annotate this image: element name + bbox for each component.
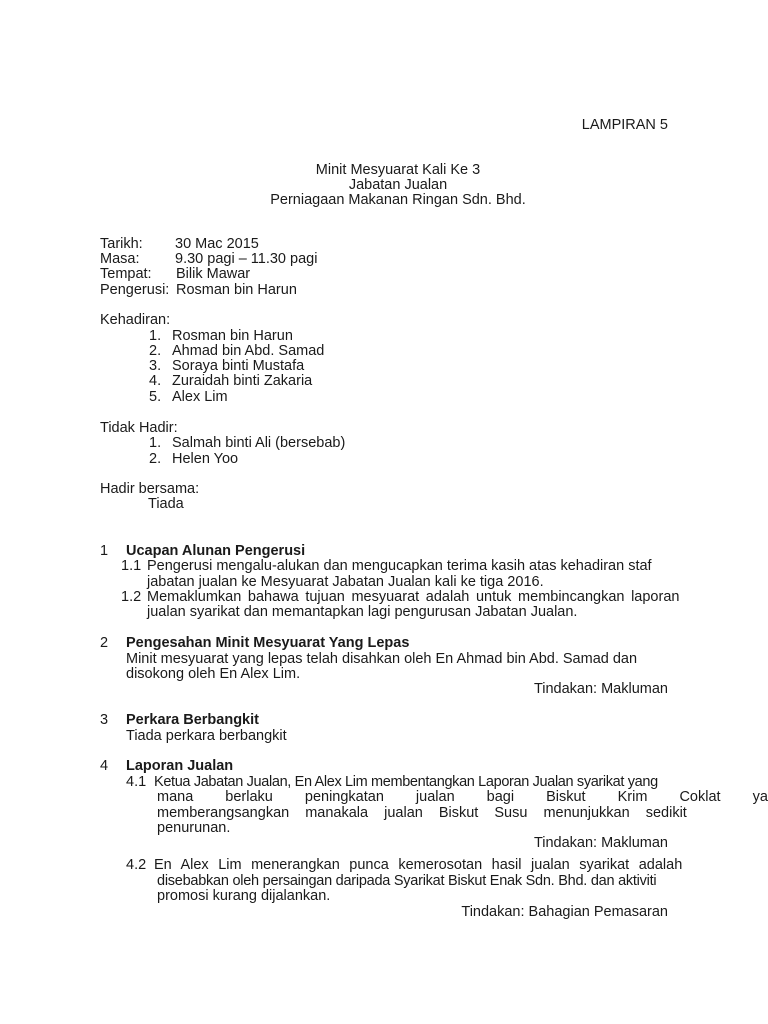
attendance-label: Kehadiran:: [100, 313, 170, 328]
item-line: Pengerusi mengalu-alukan dan mengucapkan…: [147, 559, 668, 574]
section-heading: Laporan Jualan: [126, 759, 233, 774]
section-number: 1: [100, 544, 108, 559]
section-heading: Pengesahan Minit Mesyuarat Yang Lepas: [126, 636, 409, 651]
action-label: Tindakan: Bahagian Pemasaran: [461, 905, 668, 920]
attendance-num: 2.: [149, 344, 161, 359]
detail-label-place: Tempat:: [100, 267, 152, 282]
action-label: Tindakan: Makluman: [534, 836, 668, 851]
item-number: 4.1: [126, 775, 146, 790]
item-line: Memaklumkan bahawa tujuan mesyuarat adal…: [147, 590, 679, 605]
item-line: disebabkan oleh persaingan daripada Syar…: [157, 874, 656, 889]
attendee-name: Zuraidah binti Zakaria: [172, 374, 312, 389]
detail-value-date: 30 Mac 2015: [175, 237, 259, 252]
attendance-num: 1.: [149, 329, 161, 344]
item-line: En Alex Lim menerangkan punca kemerosota…: [154, 858, 682, 873]
attendee-name: Rosman bin Harun: [172, 329, 293, 344]
item-line: penurunan.: [157, 821, 230, 836]
title-line-1: Minit Mesyuarat Kali Ke 3: [0, 163, 768, 178]
action-label: Tindakan: Makluman: [534, 682, 668, 697]
detail-label-chair: Pengerusi:: [100, 283, 169, 298]
absent-name: Salmah binti Ali (bersebab): [172, 436, 345, 451]
attendee-name: Ahmad bin Abd. Samad: [172, 344, 324, 359]
section-number: 4: [100, 759, 108, 774]
item-line: promosi kurang dijalankan.: [157, 889, 330, 904]
item-line: memberangsangkan manakala jualan Biskut …: [157, 806, 687, 821]
section-body-line: Minit mesyuarat yang lepas telah disahka…: [126, 652, 637, 667]
absent-label: Tidak Hadir:: [100, 421, 178, 436]
section-body-line: Tiada perkara berbangkit: [126, 729, 287, 744]
item-number: 1.1: [121, 559, 141, 574]
section-number: 3: [100, 713, 108, 728]
section-heading: Perkara Berbangkit: [126, 713, 259, 728]
attendance-num: 5.: [149, 390, 161, 405]
item-number: 4.2: [126, 858, 146, 873]
present-with-label: Hadir bersama:: [100, 482, 199, 497]
detail-label-date: Tarikh:: [100, 237, 143, 252]
section-body-line: disokong oleh En Alex Lim.: [126, 667, 300, 682]
item-number: 1.2: [121, 590, 141, 605]
detail-value-time: 9.30 pagi – 11.30 pagi: [175, 252, 317, 267]
absent-num: 1.: [149, 436, 161, 451]
section-heading: Ucapan Alunan Pengerusi: [126, 544, 305, 559]
attendance-num: 4.: [149, 374, 161, 389]
attendee-name: Soraya binti Mustafa: [172, 359, 304, 374]
item-line: jualan syarikat dan memantapkan lagi pen…: [147, 605, 577, 620]
title-line-2: Jabatan Jualan: [0, 178, 768, 193]
absent-name: Helen Yoo: [172, 452, 238, 467]
item-line: jabatan jualan ke Mesyuarat Jabatan Jual…: [147, 575, 544, 590]
item-text: Pengerusi mengalu-alukan dan mengucapkan…: [147, 559, 652, 574]
section-number: 2: [100, 636, 108, 651]
present-with-value: Tiada: [148, 497, 184, 512]
detail-label-time: Masa:: [100, 252, 140, 267]
item-line: Ketua Jabatan Jualan, En Alex Lim memben…: [154, 775, 658, 790]
item-line: mana berlaku peningkatan jualan bagi Bis…: [157, 790, 768, 805]
appendix-label: LAMPIRAN 5: [582, 118, 668, 133]
detail-value-chair: Rosman bin Harun: [176, 283, 297, 298]
absent-num: 2.: [149, 452, 161, 467]
attendance-num: 3.: [149, 359, 161, 374]
title-line-3: Perniagaan Makanan Ringan Sdn. Bhd.: [0, 193, 768, 208]
detail-value-place: Bilik Mawar: [176, 267, 250, 282]
attendee-name: Alex Lim: [172, 390, 228, 405]
